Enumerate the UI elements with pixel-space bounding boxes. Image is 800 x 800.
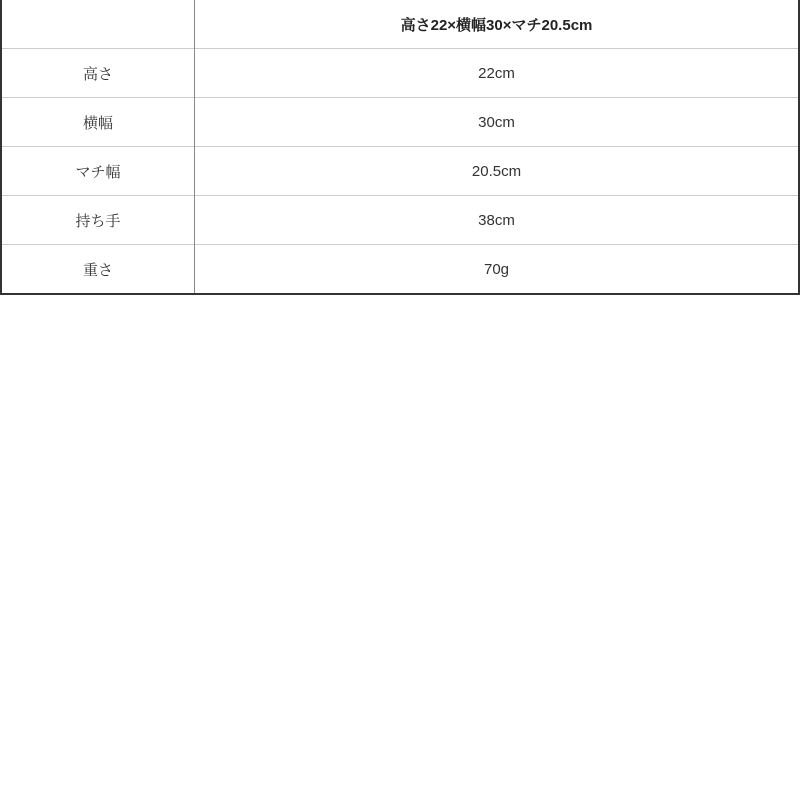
row-label-height: 高さ [1,49,195,98]
table-row: 持ち手 38cm [1,196,799,245]
table-row: 高さ 22cm [1,49,799,98]
row-label-weight: 重さ [1,245,195,295]
row-value-width: 30cm [195,98,800,147]
table-row: 重さ 70g [1,245,799,295]
row-label-gusset: マチ幅 [1,147,195,196]
table-row: マチ幅 20.5cm [1,147,799,196]
product-size-table: 高さ22×横幅30×マチ20.5cm 高さ 22cm 横幅 30cm マチ幅 2… [0,0,800,295]
row-value-handle: 38cm [195,196,800,245]
row-value-weight: 70g [195,245,800,295]
row-value-height: 22cm [195,49,800,98]
table-row: 横幅 30cm [1,98,799,147]
size-summary: 高さ22×横幅30×マチ20.5cm [195,0,800,49]
row-label-width: 横幅 [1,98,195,147]
header-empty-cell [1,0,195,49]
row-value-gusset: 20.5cm [195,147,800,196]
row-label-handle: 持ち手 [1,196,195,245]
page: 高さ22×横幅30×マチ20.5cm 高さ 22cm 横幅 30cm マチ幅 2… [0,0,800,800]
table-header-row: 高さ22×横幅30×マチ20.5cm [1,0,799,49]
